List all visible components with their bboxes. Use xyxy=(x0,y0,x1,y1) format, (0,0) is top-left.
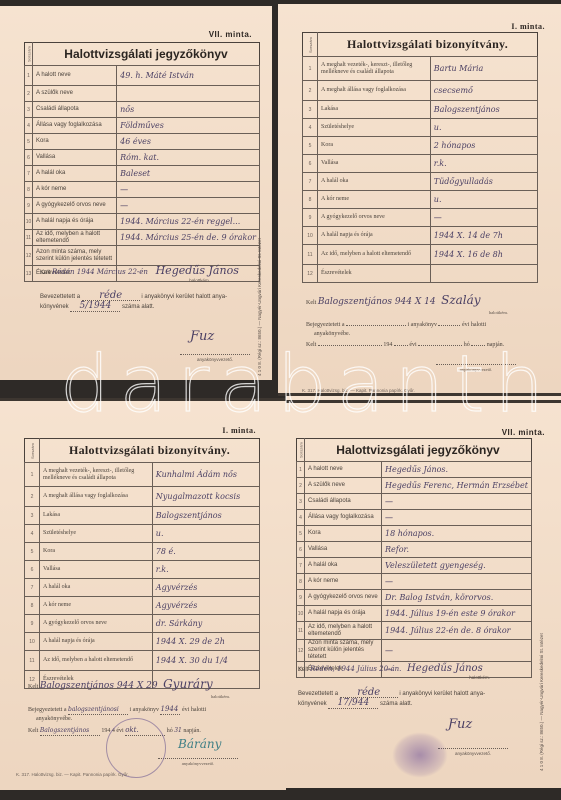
field-value: 46 éves xyxy=(117,134,260,150)
row-number: 7 xyxy=(25,579,40,597)
field-label: Észrevételek xyxy=(318,265,431,283)
entry-prefix: Bejegyeztetett a xyxy=(306,322,344,328)
field-value: Nyugalmazott kocsis xyxy=(152,487,259,507)
field-value: Veleszületett gyengeség. xyxy=(382,558,532,574)
document-bizonyitvany-top-right: I. minta. Sorszám Halottvizsgálati bizon… xyxy=(278,4,561,396)
field-label: Vallása xyxy=(318,155,431,173)
row-number: 7 xyxy=(25,166,33,182)
field-label: Vallása xyxy=(305,542,382,558)
row-number: 5 xyxy=(303,137,318,155)
row-number: 4 xyxy=(303,119,318,137)
kelt-label: Kelt xyxy=(306,300,316,306)
field-label: A gyógykezelő orvos neve xyxy=(318,209,431,227)
kelt-value: Rédén, 1944 Július 20-án. xyxy=(310,665,401,673)
table-row: 9A gyógykezelő orvos nevedr. Sárkány xyxy=(25,615,260,633)
row-number: 9 xyxy=(303,209,318,227)
field-value: 1944 X. 14 de 7h xyxy=(430,227,537,245)
field-value: u. xyxy=(152,525,259,543)
examiner-signature: Szaláy xyxy=(441,293,480,307)
entry-prefix: Bevezettetett a xyxy=(298,691,338,697)
field-value xyxy=(430,265,537,283)
field-label: A halott neve xyxy=(33,66,117,86)
table-row: 9A gyógykezelő orvos neveDr. Balog Istvá… xyxy=(297,590,532,606)
field-value: Tüdőgyulladás xyxy=(430,173,537,191)
row-number: 5 xyxy=(25,134,33,150)
row-number: 3 xyxy=(25,102,33,118)
registrar-signature: Ƒuz xyxy=(190,332,214,341)
document-bizonyitvany-bottom-left: I. minta. Sorszám Halottvizsgálati bizon… xyxy=(0,398,286,790)
row-number: 4 xyxy=(25,118,33,134)
entry-district: réde xyxy=(340,688,398,698)
table-row: 11Az idő, melyben a halott eltemetendő19… xyxy=(25,230,260,246)
field-value: 1944. Július 19-én este 9 órakor xyxy=(382,606,532,622)
field-label: A halál oka xyxy=(305,558,382,574)
row-number: 12 xyxy=(303,265,318,283)
field-label: Vallása xyxy=(33,150,117,166)
table-row: 4Születéshelyeu. xyxy=(303,119,538,137)
table-row: 2A szülők neve xyxy=(25,86,260,102)
row-number: 8 xyxy=(25,182,33,198)
row-number: 3 xyxy=(25,507,40,525)
field-value: r.k. xyxy=(152,561,259,579)
kelt-value: Rédén 1944 Március 22-én xyxy=(52,268,148,276)
row-number: 10 xyxy=(25,214,33,230)
table-row: 6VallásaRefor. xyxy=(297,542,532,558)
field-label: A halál napja és órája xyxy=(305,606,382,622)
entry-book: könyvének xyxy=(298,701,327,707)
field-value: 49. h. Máté István xyxy=(117,66,260,86)
form-title: Halottvizsgálati jegyzőkönyv xyxy=(33,43,260,66)
field-label: A gyógykezelő orvos neve xyxy=(305,590,382,606)
field-value: u. xyxy=(430,191,537,209)
field-value: — xyxy=(117,198,260,214)
entry-mid: i anyakönyv xyxy=(407,322,437,328)
table-row: 10A halál napja és órája1944 X. 29 de 2h xyxy=(25,633,260,651)
table-row: 10A halál napja és órája1944. Július 19-… xyxy=(297,606,532,622)
table-row: 6Vallásar.k. xyxy=(303,155,538,173)
field-value: Bartu Mária xyxy=(430,57,537,81)
kelt2-label: Kelt xyxy=(28,728,38,734)
table-row: 3LakásaBalogszentjános xyxy=(303,101,538,119)
field-label: Az idő, melyben a halott eltemetendő xyxy=(33,230,117,246)
table-row: 7A halál okaTüdőgyulladás xyxy=(303,173,538,191)
kelt-label: Kelt xyxy=(298,667,308,673)
row-number: 9 xyxy=(25,615,40,633)
field-label: Az idő, melyben a halott eltemetendő xyxy=(305,622,382,640)
entry-book: könyvének xyxy=(40,304,69,310)
field-value: Dr. Balog István, körorvos. xyxy=(382,590,532,606)
field-label: Családi állapota xyxy=(305,494,382,510)
field-value: — xyxy=(430,209,537,227)
table-row: 7A halál okaAgyvérzés xyxy=(25,579,260,597)
row-number: 9 xyxy=(297,590,305,606)
field-label: Kora xyxy=(40,543,153,561)
field-value: 18 hónapos. xyxy=(382,526,532,542)
attestation-block: Kelt Rédén 1944 Március 22-én Hegedűs Já… xyxy=(40,266,250,312)
registrar-signature: Ƒuz xyxy=(448,720,472,729)
side-label: Sorszám xyxy=(25,43,33,66)
field-value: — xyxy=(382,494,532,510)
table-row: 8A kór neme— xyxy=(297,574,532,590)
field-label: Kora xyxy=(305,526,382,542)
kelt2-place: Balogszentjános xyxy=(40,726,100,736)
field-label: A gyógykezelő orvos neve xyxy=(33,198,117,214)
form-type-label: I. minta. xyxy=(222,426,256,435)
form-title: Halottvizsgálati bizonyítvány. xyxy=(318,33,538,57)
table-row: 1A halott neve49. h. Máté István xyxy=(25,66,260,86)
table-row: 8A kór neme— xyxy=(25,182,260,198)
form-type-label: VII. minta. xyxy=(209,30,252,39)
field-value: — xyxy=(117,182,260,198)
field-label: Lakása xyxy=(40,507,153,525)
field-value: Agyvérzés xyxy=(152,597,259,615)
field-label: A halál napja és órája xyxy=(40,633,153,651)
registrar-role: anyakönyvvezető. xyxy=(180,354,250,364)
entry-number: 5/1944 xyxy=(70,302,120,312)
table-row: 5Kora46 éves xyxy=(25,134,260,150)
table-row: 9A gyógykezelő orvos neve— xyxy=(25,198,260,214)
printer-imprint: K. 317. Halottvizsg. biz. — Kapit. Panno… xyxy=(16,772,129,777)
field-label: A meghalt állása vagy foglalkozása xyxy=(40,487,153,507)
record-table: Sorszám Halottvizsgálati bizonyítvány. 1… xyxy=(302,32,538,283)
field-value: 1944. Július 22-én de. 8 órakor xyxy=(382,622,532,640)
table-row: 7A halál okaVeleszületett gyengeség. xyxy=(297,558,532,574)
field-value: 1944. Március 25-én de. 9 órakor xyxy=(117,230,260,246)
entry-prefix: Bejegyeztetett a xyxy=(28,707,66,713)
kelt-label: Kelt xyxy=(40,270,50,276)
row-number: 6 xyxy=(303,155,318,173)
table-row: 9A gyógykezelő orvos neve— xyxy=(303,209,538,227)
field-label: Vallása xyxy=(40,561,153,579)
kelt2-year: 194 xyxy=(383,342,392,348)
record-table: Sorszám Halottvizsgálati bizonyítvány. 1… xyxy=(24,438,260,689)
row-number: 9 xyxy=(25,198,33,214)
entry-district: balogszentjánosi xyxy=(68,705,128,715)
entry-suffix: száma alatt. xyxy=(380,701,412,707)
row-number: 7 xyxy=(297,558,305,574)
row-number: 11 xyxy=(297,622,305,640)
field-label: Az idő, melyben a halott eltemetendő xyxy=(40,651,153,671)
row-number: 11 xyxy=(25,230,33,246)
field-label: Azon minta száma, mely szerint külön jel… xyxy=(305,640,382,662)
row-number: 1 xyxy=(303,57,318,81)
table-row: 2A meghalt állása vagy foglalkozásacsecs… xyxy=(303,81,538,101)
entry-year: 1944 xyxy=(160,705,180,715)
field-label: A meghalt vezeték-, kereszt-, illetőleg … xyxy=(40,463,153,487)
examiner-signature: Gyuráry xyxy=(163,677,213,691)
side-print: 4 1 0 8. (Régi sz.: 8650.) — Nagyér-Ungv… xyxy=(257,206,262,376)
table-row: 3Családi állapota— xyxy=(297,494,532,510)
entry-suffix: száma alatt. xyxy=(122,304,154,310)
row-number: 10 xyxy=(303,227,318,245)
field-value: 1944 X. 16 de 8h xyxy=(430,245,537,265)
kelt-value: Balogszentjános 944 X 14 xyxy=(318,297,436,307)
field-value: Baleset xyxy=(117,166,260,182)
row-number: 5 xyxy=(297,526,305,542)
row-number: 8 xyxy=(297,574,305,590)
entry-prefix: Bevezettetett a xyxy=(40,294,80,300)
table-row: 2A szülők neveHegedűs Ferenc, Hermán Erz… xyxy=(297,478,532,494)
table-row: 12Észrevételek xyxy=(303,265,538,283)
table-row: 7A halál okaBaleset xyxy=(25,166,260,182)
field-value: 1944 X. 29 de 2h xyxy=(152,633,259,651)
row-number: 2 xyxy=(25,86,33,102)
field-value: 78 é. xyxy=(152,543,259,561)
registrar-role: anyakönyvvezető. xyxy=(438,748,508,758)
row-number: 10 xyxy=(297,606,305,622)
entry-year-suffix: évi halotti xyxy=(462,322,486,328)
kelt-value: Balogszentjános 944 X 29 xyxy=(40,681,158,691)
row-number: 8 xyxy=(25,597,40,615)
kelt2-nap: napján. xyxy=(487,342,505,348)
field-value: 1944 X. 30 du 1/4 xyxy=(152,651,259,671)
field-value: Agyvérzés xyxy=(152,579,259,597)
table-row: 1A halott neveHegedűs János. xyxy=(297,462,532,478)
field-label: Az idő, melyben a halott eltemetendő xyxy=(318,245,431,265)
field-value: Róm. kat. xyxy=(117,150,260,166)
form-type-label: I. minta. xyxy=(511,22,545,31)
entry-year-suffix: évi halotti xyxy=(182,707,206,713)
row-number: 10 xyxy=(25,633,40,651)
official-stamp xyxy=(106,718,166,778)
table-row: 5Kora2 hónapos xyxy=(303,137,538,155)
table-row: 2A meghalt állása vagy foglalkozásaNyuga… xyxy=(25,487,260,507)
table-row: 10A halál napja és órája1944 X. 14 de 7h xyxy=(303,227,538,245)
entry-district: réde xyxy=(82,291,140,301)
kelt2-ho: hó xyxy=(167,728,173,734)
field-label: A kór neme xyxy=(318,191,431,209)
field-value: Kunhalmi Ádám nős xyxy=(152,463,259,487)
entry-book: anyakönyvébe. xyxy=(306,330,538,339)
row-number: 3 xyxy=(303,101,318,119)
form-type-label: VII. minta. xyxy=(502,428,545,437)
field-value: Balogszentjános xyxy=(430,101,537,119)
field-label: Kora xyxy=(318,137,431,155)
official-stamp xyxy=(392,732,448,778)
field-label: A gyógykezelő orvos neve xyxy=(40,615,153,633)
entry-mid: i anyakönyvi kerület halott anya- xyxy=(399,691,485,697)
table-row: 11Az idő, melyben a halott eltemetendő19… xyxy=(25,651,260,671)
document-jegyzokonyv-top-left: VII. minta. Sorszám Halottvizsgálati jeg… xyxy=(0,6,272,380)
row-number: 8 xyxy=(303,191,318,209)
table-row: 6Vallásar.k. xyxy=(25,561,260,579)
field-label: Azon minta száma, mely szerint külön jel… xyxy=(33,246,117,266)
side-print: 4 1 0 8. (Régi sz.: 8650.) — Nagyér-Ungv… xyxy=(539,601,544,771)
field-value: dr. Sárkány xyxy=(152,615,259,633)
row-number: 6 xyxy=(297,542,305,558)
field-label: Születéshelye xyxy=(40,525,153,543)
table-row: 12Azon minta száma, mely szerint külön j… xyxy=(25,246,260,266)
row-number: 4 xyxy=(25,525,40,543)
row-number: 5 xyxy=(25,543,40,561)
row-number: 1 xyxy=(25,463,40,487)
table-row: 4Állása vagy foglalkozása— xyxy=(297,510,532,526)
field-value: Hegedűs János. xyxy=(382,462,532,478)
field-value: r.k. xyxy=(430,155,537,173)
table-row: 4Állása vagy foglalkozásaFöldműves xyxy=(25,118,260,134)
document-jegyzokonyv-bottom-right: VII. minta. Sorszám Halottvizsgálati jeg… xyxy=(286,396,561,788)
entry-mid: i anyakönyvi kerület halott anya- xyxy=(141,294,227,300)
row-number: 2 xyxy=(297,478,305,494)
registrar-role: anyakönyvvezető. xyxy=(436,364,516,374)
table-row: 4Születéshelyeu. xyxy=(25,525,260,543)
field-label: Állása vagy foglalkozása xyxy=(305,510,382,526)
row-number: 12 xyxy=(297,640,305,662)
row-number: 13 xyxy=(25,266,33,282)
field-label: A halál oka xyxy=(33,166,117,182)
attestation-block: Kelt Rédén, 1944 Július 20-án. Hegedűs J… xyxy=(298,664,530,709)
row-number: 6 xyxy=(25,561,40,579)
kelt2-nap: napján. xyxy=(183,728,201,734)
kelt2-ev: évi xyxy=(409,342,416,348)
field-label: A halál napja és órája xyxy=(33,214,117,230)
signature-role: halottkém. xyxy=(28,692,260,701)
signature-role: halottkém. xyxy=(306,308,538,317)
row-number: 11 xyxy=(303,245,318,265)
field-value xyxy=(117,86,260,102)
field-value: — xyxy=(382,640,532,662)
row-number: 7 xyxy=(303,173,318,191)
field-label: Állása vagy foglalkozása xyxy=(33,118,117,134)
field-value xyxy=(117,246,260,266)
entry-number: 17/944 xyxy=(328,699,378,709)
form-title: Halottvizsgálati bizonyítvány. xyxy=(40,439,260,463)
row-number: 1 xyxy=(297,462,305,478)
field-label: A halott neve xyxy=(305,462,382,478)
table-row: 10A halál napja és órája1944. Március 22… xyxy=(25,214,260,230)
field-label: A halál oka xyxy=(318,173,431,191)
table-row: 3Családi állapotanős xyxy=(25,102,260,118)
kelt2-label: Kelt xyxy=(306,342,316,348)
field-label: A kór neme xyxy=(33,182,117,198)
field-value: Hegedűs Ferenc, Hermán Erzsébet xyxy=(382,478,532,494)
table-row: 8A kór nemeu. xyxy=(303,191,538,209)
kelt-label: Kelt xyxy=(28,684,38,690)
form-title: Halottvizsgálati jegyzőkönyv xyxy=(305,439,532,462)
field-value: Refor. xyxy=(382,542,532,558)
field-value: csecsemő xyxy=(430,81,537,101)
row-number: 2 xyxy=(25,487,40,507)
field-value: Balogszentjános xyxy=(152,507,259,525)
field-label: Kora xyxy=(33,134,117,150)
field-label: A halál napja és órája xyxy=(318,227,431,245)
record-table: Sorszám Halottvizsgálati jegyzőkönyv 1A … xyxy=(24,42,260,282)
side-label: Sorszám xyxy=(297,439,305,462)
field-value: — xyxy=(382,574,532,590)
attestation-block: Kelt Balogszentjános 944 X 14 Szaláy hal… xyxy=(306,296,538,374)
field-label: A meghalt állása vagy foglalkozása xyxy=(318,81,431,101)
side-label: Sorszám xyxy=(25,439,40,463)
field-value: — xyxy=(382,510,532,526)
field-label: A szülők neve xyxy=(305,478,382,494)
row-number: 12 xyxy=(25,246,33,266)
field-label: A kór neme xyxy=(305,574,382,590)
table-row: 1A meghalt vezeték-, kereszt-, illetőleg… xyxy=(303,57,538,81)
table-row: 11Az idő, melyben a halott eltemetendő19… xyxy=(303,245,538,265)
row-number: 4 xyxy=(297,510,305,526)
field-label: Családi állapota xyxy=(33,102,117,118)
row-number: 2 xyxy=(303,81,318,101)
table-row: 5Kora18 hónapos. xyxy=(297,526,532,542)
table-row: 5Kora78 é. xyxy=(25,543,260,561)
record-table: Sorszám Halottvizsgálati jegyzőkönyv 1A … xyxy=(296,438,532,678)
kelt2-ho: hó xyxy=(464,342,470,348)
field-label: Lakása xyxy=(318,101,431,119)
row-number: 1 xyxy=(25,66,33,86)
table-row: 6VallásaRóm. kat. xyxy=(25,150,260,166)
row-number: 11 xyxy=(25,651,40,671)
registrar-role: anyakönyvvezető. xyxy=(158,758,238,768)
table-row: 3LakásaBalogszentjános xyxy=(25,507,260,525)
field-value: 2 hónapos xyxy=(430,137,537,155)
field-label: A kór neme xyxy=(40,597,153,615)
table-row: 1A meghalt vezeték-, kereszt-, illetőleg… xyxy=(25,463,260,487)
table-row: 8A kór nemeAgyvérzés xyxy=(25,597,260,615)
field-value: nős xyxy=(117,102,260,118)
row-number: 6 xyxy=(25,150,33,166)
row-number: 3 xyxy=(297,494,305,510)
table-row: 12Azon minta száma, mely szerint külön j… xyxy=(297,640,532,662)
registrar-signature: Bárány xyxy=(178,740,221,749)
field-label: A halál oka xyxy=(40,579,153,597)
field-value: Földműves xyxy=(117,118,260,134)
field-label: Születéshelye xyxy=(318,119,431,137)
entry-mid: i anyakönyv xyxy=(129,707,159,713)
table-row: 11Az idő, melyben a halott eltemetendő19… xyxy=(297,622,532,640)
kelt2-day: 31 xyxy=(174,727,182,734)
field-label: A szülők neve xyxy=(33,86,117,102)
side-label: Sorszám xyxy=(303,33,318,57)
field-value: u. xyxy=(430,119,537,137)
field-value: 1944. Március 22-én reggel... xyxy=(117,214,260,230)
field-label: A meghalt vezeték-, kereszt-, illetőleg … xyxy=(318,57,431,81)
